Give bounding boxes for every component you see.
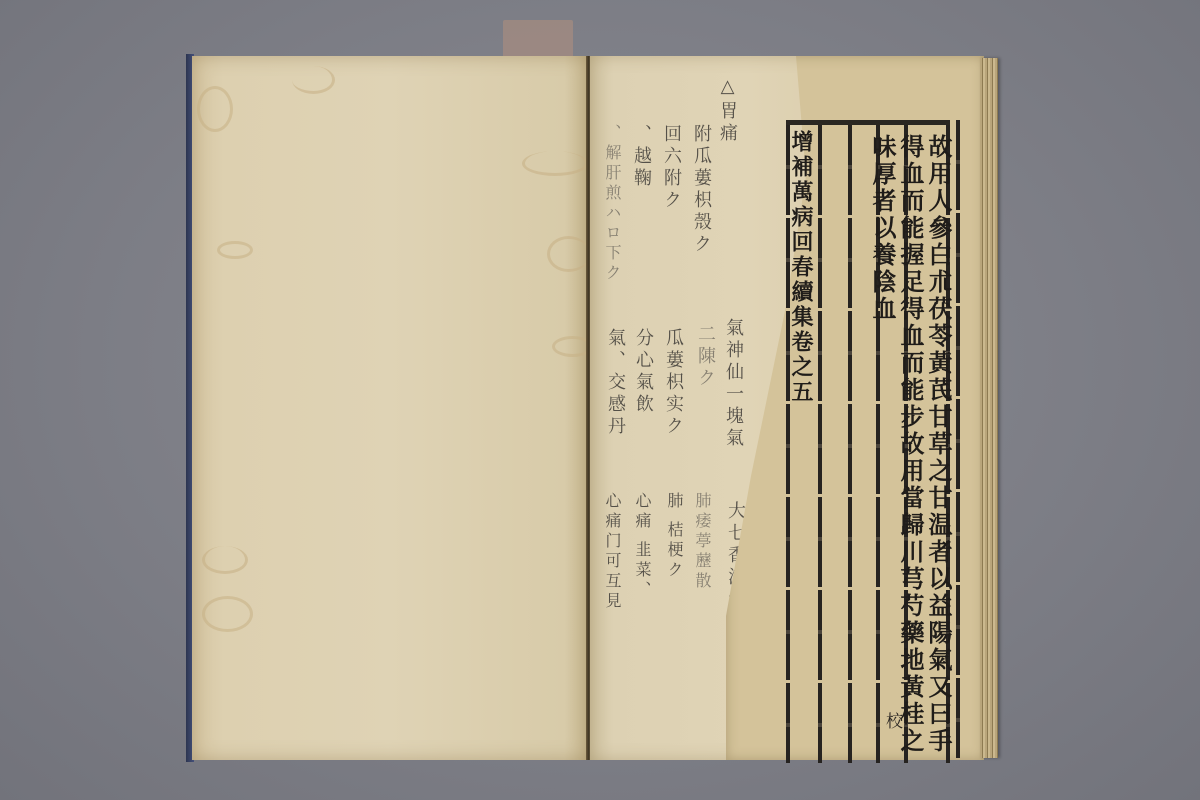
handnote: 氣神仙一塊氣 (724, 318, 742, 450)
handnote: 肺痿葶藶散 (694, 492, 710, 592)
printed-column-2: 得血而能握足得血而能步故用當歸川芎芍藥地黃桂之 (898, 134, 922, 755)
handnote: 、越鞠 (632, 124, 650, 190)
handnote: 瓜蔞枳实ク (664, 328, 682, 438)
water-stain (292, 66, 335, 94)
handnote: 肺 桔梗ク (666, 492, 682, 581)
water-stain (197, 86, 233, 132)
handnote: 回六附ク (662, 124, 680, 212)
volume-title: 增補萬病回春續集卷之五 (790, 130, 812, 405)
water-stain (202, 596, 253, 632)
handnote: 二陳ク (696, 324, 714, 390)
handnote: 心痛 韭菜、 (634, 492, 650, 601)
printed-column-3: 味厚者以養陰血 (870, 134, 894, 323)
left-page-blank (192, 56, 588, 760)
handnote: 氣、交感丹 (606, 328, 624, 438)
water-stain (547, 236, 590, 272)
water-stain (202, 546, 248, 574)
open-book: △胃痛 附瓜蔞枳殼ク 回六附ク 、越鞠 、解肝煎ハロ下ク 氣神仙一塊氣 二陳ク … (186, 52, 1002, 764)
column-rule (848, 125, 852, 763)
handnote: 心痛门可互見 (604, 492, 620, 612)
handnote: 分心氣飲 (634, 328, 652, 416)
handnote-stomach-pain: △胃痛 (718, 76, 736, 145)
water-stain (217, 241, 253, 259)
column-rule (956, 120, 960, 758)
water-stain (522, 151, 588, 176)
handnote: 、解肝煎ハロ下ク (604, 124, 620, 284)
column-rule (818, 125, 822, 763)
handnote: 附瓜蔞枳殼ク (692, 124, 710, 256)
page-edges (980, 58, 998, 758)
page-marker: 校 (880, 712, 905, 729)
printed-column-1: 故用人參白朮茯苓黃芪甘草之甘温者以益陽氣又曰手 (926, 134, 950, 755)
